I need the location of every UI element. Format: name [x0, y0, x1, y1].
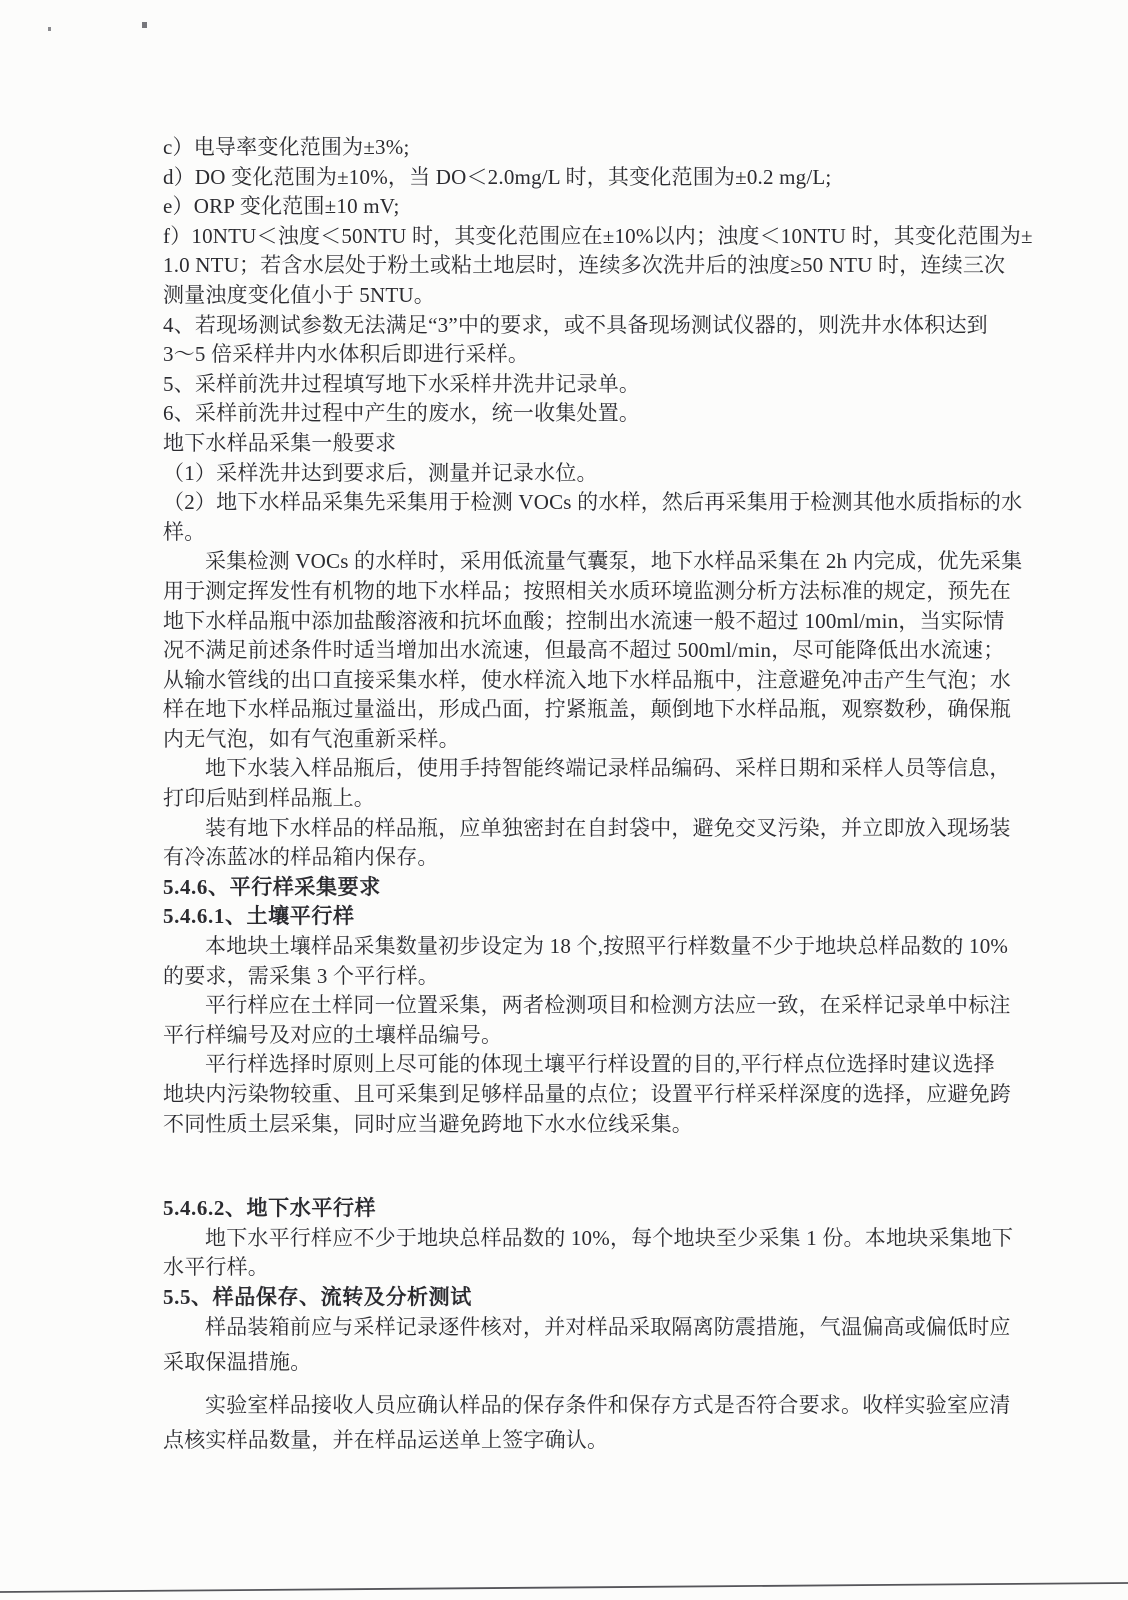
text-line: 样在地下水样品瓶过量溢出，形成凸面，拧紧瓶盖，颠倒地下水样品瓶，观察数秒，确保瓶	[163, 695, 973, 725]
text-line: 测量浊度变化值小于 5NTU。	[163, 281, 973, 311]
text-line: 平行样应在土样同一位置采集，两者检测项目和检测方法应一致，在采样记录单中标注	[163, 991, 973, 1021]
text-line: 1.0 NTU；若含水层处于粉土或粘土地层时，连续多次洗井后的浊度≥50 NTU…	[163, 251, 973, 281]
text-line: 点核实样品数量，并在样品运送单上签字确认。	[163, 1426, 973, 1456]
text-line: d）DO 变化范围为±10%，当 DO＜2.0mg/L 时，其变化范围为±0.2…	[163, 163, 973, 193]
document-page: c）电导率变化范围为±3%;d）DO 变化范围为±10%，当 DO＜2.0mg/…	[0, 0, 1128, 1600]
text-line: 采取保温措施。	[163, 1348, 973, 1378]
text-line: 况不满足前述条件时适当增加出水流速，但最高不超过 500ml/min，尽可能降低…	[163, 636, 973, 666]
scan-speck	[142, 22, 147, 28]
text-line: 5、采样前洗井过程填写地下水采样井洗井记录单。	[163, 370, 973, 400]
scan-speck	[48, 27, 51, 31]
section-heading: 5.5、样品保存、流转及分析测试	[163, 1283, 973, 1313]
text-line: 地下水样品瓶中添加盐酸溶液和抗坏血酸；控制出水流速一般不超过 100ml/min…	[163, 607, 973, 637]
text-line: 不同性质土层采集，同时应当避免跨地下水水位线采集。	[163, 1110, 973, 1140]
text-line: 地下水样品采集一般要求	[163, 429, 973, 459]
text-line: 地下水装入样品瓶后，使用手持智能终端记录样品编码、采样日期和采样人员等信息，	[163, 754, 973, 784]
text-line: 装有地下水样品的样品瓶，应单独密封在自封袋中，避免交叉污染，并立即放入现场装	[163, 814, 973, 844]
text-line: 采集检测 VOCs 的水样时，采用低流量气囊泵，地下水样品采集在 2h 内完成，…	[163, 547, 973, 577]
text-line: 样。	[163, 518, 973, 548]
section-heading: 5.4.6.2、地下水平行样	[163, 1194, 973, 1224]
text-line: 实验室样品接收人员应确认样品的保存条件和保存方式是否符合要求。收样实验室应清	[163, 1391, 973, 1421]
text-line: 6、采样前洗井过程中产生的废水，统一收集处置。	[163, 399, 973, 429]
text-line: 4、若现场测试参数无法满足“3”中的要求，或不具备现场测试仪器的，则洗井水体积达…	[163, 311, 973, 341]
text-line: 打印后贴到样品瓶上。	[163, 784, 973, 814]
text-line: （2）地下水样品采集先采集用于检测 VOCs 的水样，然后再采集用于检测其他水质…	[163, 488, 973, 518]
text-line: 有冷冻蓝冰的样品箱内保存。	[163, 843, 973, 873]
text-line: 水平行样。	[163, 1253, 973, 1283]
text-line: 地下水平行样应不少于地块总样品数的 10%，每个地块至少采集 1 份。本地块采集…	[163, 1224, 973, 1254]
text-line: 本地块土壤样品采集数量初步设定为 18 个,按照平行样数量不少于地块总样品数的 …	[163, 932, 973, 962]
text-line: 内无气泡，如有气泡重新采样。	[163, 725, 973, 755]
document-body: c）电导率变化范围为±3%;d）DO 变化范围为±10%，当 DO＜2.0mg/…	[163, 133, 973, 1456]
section-heading: 5.4.6.1、土壤平行样	[163, 902, 973, 932]
text-line: 3～5 倍采样井内水体积后即进行采样。	[163, 340, 973, 370]
text-line: c）电导率变化范围为±3%;	[163, 133, 973, 163]
text-line: 的要求，需采集 3 个平行样。	[163, 962, 973, 992]
text-line: 平行样选择时原则上尽可能的体现土壤平行样设置的目的,平行样点位选择时建议选择	[163, 1050, 973, 1080]
text-line: f）10NTU＜浊度＜50NTU 时，其变化范围应在±10%以内；浊度＜10NT…	[163, 222, 973, 252]
text-line: 用于测定挥发性有机物的地下水样品；按照相关水质环境监测分析方法标准的规定，预先在	[163, 577, 973, 607]
text-line: 平行样编号及对应的土壤样品编号。	[163, 1021, 973, 1051]
text-line: 从输水管线的出口直接采集水样，使水样流入地下水样品瓶中，注意避免冲击产生气泡；水	[163, 666, 973, 696]
text-line: （1）采样洗井达到要求后，测量并记录水位。	[163, 459, 973, 489]
section-heading: 5.4.6、平行样采集要求	[163, 873, 973, 903]
text-line: 样品装箱前应与采样记录逐件核对，并对样品采取隔离防震措施，气温偏高或偏低时应	[163, 1313, 973, 1343]
text-line: e）ORP 变化范围±10 mV;	[163, 192, 973, 222]
text-line: 地块内污染物较重、且可采集到足够样品量的点位；设置平行样采样深度的选择，应避免跨	[163, 1080, 973, 1110]
